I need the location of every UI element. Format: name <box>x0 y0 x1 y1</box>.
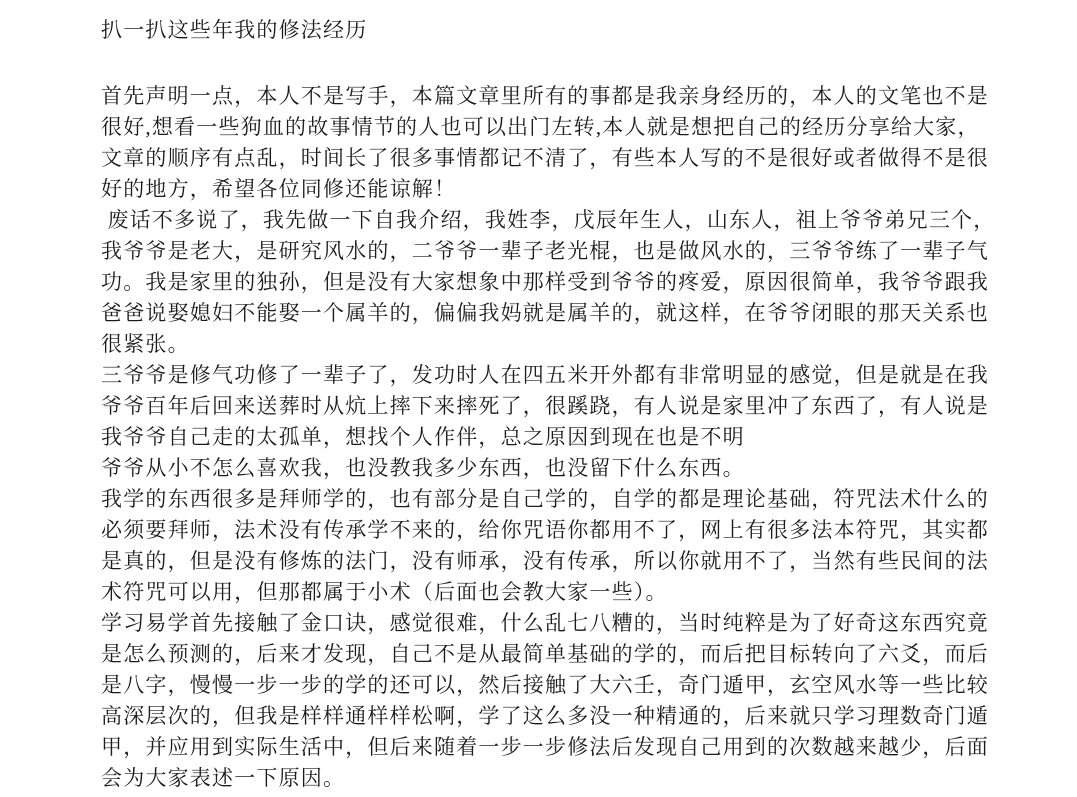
text-line: 很好,想看一些狗血的故事情节的人也可以出门左转,本人就是想把自己的经历分享给大家… <box>101 112 951 143</box>
document-body: 首先声明一点，本人不是写手，本篇文章里所有的事都是我亲身经历的，本人的文笔也不是… <box>101 81 951 794</box>
text-line: 我学的东西很多是拜师学的，也有部分是自己学的，自学的都是理论基础，符咒法术什么的 <box>101 484 951 515</box>
text-line: 三爷爷是修气功修了一辈子了，发功时人在四五米开外都有非常明显的感觉，但是就是在我 <box>101 360 951 391</box>
text-line: 爷爷百年后回来送葬时从炕上摔下来摔死了，很蹊跷，有人说是家里冲了东西了，有人说是 <box>101 391 951 422</box>
text-line: 很紧张。 <box>101 329 951 360</box>
text-line: 功。我是家里的独孙，但是没有大家想象中那样受到爷爷的疼爱，原因很简单，我爷爷跟我 <box>101 267 951 298</box>
text-line: 首先声明一点，本人不是写手，本篇文章里所有的事都是我亲身经历的，本人的文笔也不是 <box>101 81 951 112</box>
document-content: 扒一扒这些年我的修法经历 首先声明一点，本人不是写手，本篇文章里所有的事都是我亲… <box>101 15 951 794</box>
text-line: 术符咒可以用，但那都属于小术（后面也会教大家一些）。 <box>101 577 951 608</box>
text-line: 文章的顺序有点乱，时间长了很多事情都记不清了，有些本人写的不是很好或者做得不是很 <box>101 143 951 174</box>
text-line: 好的地方，希望各位同修还能谅解！ <box>101 174 951 205</box>
text-line: 废话不多说了，我先做一下自我介绍，我姓李，戊辰年生人，山东人，祖上爷爷弟兄三个， <box>101 205 951 236</box>
text-line: 我爷爷是老大，是研究风水的，二爷爷一辈子老光棍，也是做风水的，三爷爷练了一辈子气 <box>101 236 951 267</box>
text-line: 高深层次的，但我是样样通样样松啊，学了这么多没一种精通的，后来就只学习理数奇门遁 <box>101 701 951 732</box>
text-line: 爸爸说娶媳妇不能娶一个属羊的，偏偏我妈就是属羊的，就这样，在爷爷闭眼的那天关系也 <box>101 298 951 329</box>
title-body-gap <box>101 46 951 81</box>
text-line: 甲，并应用到实际生活中，但后来随着一步一步修法后发现自己用到的次数越来越少，后面 <box>101 732 951 763</box>
text-line: 会为大家表述一下原因。 <box>101 763 951 794</box>
document-title: 扒一扒这些年我的修法经历 <box>101 15 951 46</box>
document-page: 扒一扒这些年我的修法经历 首先声明一点，本人不是写手，本篇文章里所有的事都是我亲… <box>0 0 1077 797</box>
text-line: 学习易学首先接触了金口诀，感觉很难，什么乱七八糟的，当时纯粹是为了好奇这东西究竟 <box>101 608 951 639</box>
text-line: 必须要拜师，法术没有传承学不来的，给你咒语你都用不了，网上有很多法本符咒，其实都 <box>101 515 951 546</box>
text-line: 是怎么预测的，后来才发现，自己不是从最简单基础的学的，而后把目标转向了六爻，而后 <box>101 639 951 670</box>
text-line: 爷爷从小不怎么喜欢我，也没教我多少东西，也没留下什么东西。 <box>101 453 951 484</box>
text-line: 是真的，但是没有修炼的法门，没有师承，没有传承，所以你就用不了，当然有些民间的法 <box>101 546 951 577</box>
text-line: 我爷爷自己走的太孤单，想找个人作伴，总之原因到现在也是不明 <box>101 422 951 453</box>
text-line: 是八字，慢慢一步一步的学的还可以，然后接触了大六壬，奇门遁甲，玄空风水等一些比较 <box>101 670 951 701</box>
